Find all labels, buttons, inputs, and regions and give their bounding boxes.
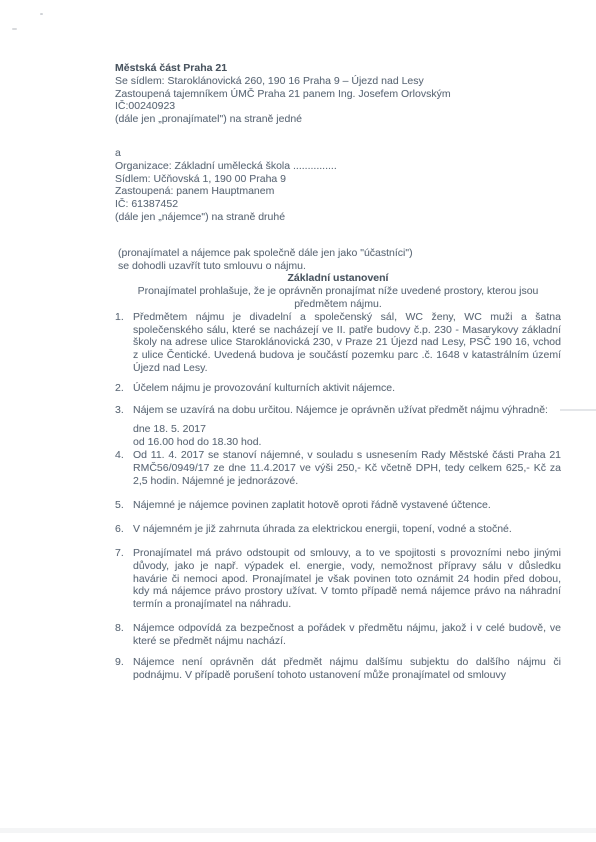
clause-7: 7. Pronajímatel má právo odstoupit od sm…: [115, 547, 561, 611]
clause-text: Nájem se uzavírá na dobu určitou. Nájemc…: [133, 404, 561, 417]
section-title: Základní ustanovení: [115, 272, 561, 285]
clause-number: 3.: [115, 404, 124, 417]
clause-text: Od 11. 4. 2017 se stanoví nájemné, v sou…: [133, 449, 561, 487]
clause-number: 4.: [115, 449, 124, 462]
lessee-organization: Organizace: Základní umělecká škola ....…: [115, 160, 561, 173]
lessee-company-id: IČ: 61387452: [115, 198, 561, 211]
lessor-representative: Zastoupená tajemníkem ÚMČ Praha 21 panem…: [115, 88, 561, 101]
lessor-name: Městská část Praha 21: [115, 62, 561, 75]
lessee-alias: (dále jen „nájemce") na straně druhé: [115, 211, 561, 224]
clause-text: Nájemce odpovídá za bezpečnost a pořádek…: [133, 622, 561, 648]
clause-2: 2. Účelem nájmu je provozování kulturníc…: [115, 382, 561, 395]
lessor-block: Městská část Praha 21 Se sídlem: Starokl…: [115, 62, 561, 126]
clause-text: Účelem nájmu je provozování kulturních a…: [133, 382, 561, 395]
clause-text: Nájemce není oprávněn dát předmět nájmu …: [133, 656, 561, 682]
joint-parties-clause: (pronajímatel a nájemce pak společně dál…: [115, 247, 561, 260]
lessor-alias: (dále jen „pronajímatel") na straně jedn…: [115, 113, 561, 126]
clause-text: Pronajímatel má právo odstoupit od smlou…: [133, 547, 561, 611]
clause-1: 1. Předmětem nájmu je divadelní a společ…: [115, 311, 561, 375]
clause-6: 6. V nájemném je již zahrnuta úhrada za …: [115, 523, 561, 536]
clause-text: Nájemné je nájemce povinen zaplatit hoto…: [133, 499, 561, 512]
agreement-line: se dohodli uzavřít tuto smlouvu o nájmu.: [115, 260, 561, 273]
clause-5: 5. Nájemné je nájemce povinen zaplatit h…: [115, 499, 561, 512]
clause-text: V nájemném je již zahrnuta úhrada za ele…: [133, 523, 561, 536]
scan-speck: [12, 28, 17, 30]
rental-date: dne 18. 5. 2017: [115, 423, 561, 436]
clause-8: 8. Nájemce odpovídá za bezpečnost a pořá…: [115, 622, 561, 648]
lessee-representative: Zastoupená: panem Hauptmanem: [115, 185, 561, 198]
contract-page: Městská část Praha 21 Se sídlem: Starokl…: [0, 0, 596, 842]
lessee-address: Sídlem: Učňovská 1, 190 00 Praha 9: [115, 173, 561, 186]
rental-time: od 16.00 hod do 18.30 hod.: [115, 436, 561, 449]
clause-text: Předmětem nájmu je divadelní a společens…: [133, 311, 561, 375]
lessor-company-id: IČ:00240923: [115, 100, 561, 113]
lessor-address: Se sídlem: Staroklánovická 260, 190 16 P…: [115, 75, 561, 88]
clause-3: 3. Nájem se uzavírá na dobu určitou. Náj…: [115, 404, 561, 417]
clause-number: 5.: [115, 499, 124, 512]
lessee-block: Organizace: Základní umělecká škola ....…: [115, 160, 561, 224]
clause-9: 9. Nájemce není oprávněn dát předmět náj…: [115, 656, 561, 682]
clause-number: 2.: [115, 382, 124, 395]
clause-4: 4. Od 11. 4. 2017 se stanoví nájemné, v …: [115, 449, 561, 487]
clause-number: 1.: [115, 311, 124, 324]
conjunction: a: [115, 147, 561, 160]
contract-body: Městská část Praha 21 Se sídlem: Starokl…: [115, 62, 561, 691]
scan-artifact-line: [560, 409, 596, 411]
scan-speck: [40, 13, 43, 15]
clause-number: 9.: [115, 656, 124, 669]
scan-artifact-line: [0, 828, 596, 833]
intro-paragraph: Pronajímatel prohlašuje, že je oprávněn …: [115, 285, 561, 311]
clause-number: 7.: [115, 547, 124, 560]
clause-number: 6.: [115, 523, 124, 536]
clause-number: 8.: [115, 622, 124, 635]
